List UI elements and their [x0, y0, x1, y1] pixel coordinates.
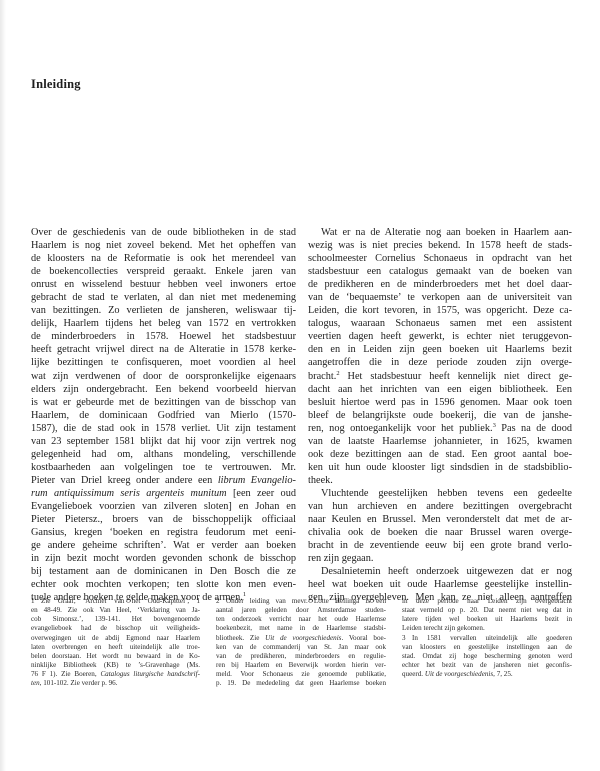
footnote-line: staat vermeld op p. 20. Dat neemt niet w…: [402, 606, 572, 615]
text-line: aangetroffen die in deze periode zouden …: [308, 356, 572, 369]
text-line: Wat er na de Alteratie nog aan boeken in…: [308, 226, 572, 239]
paragraph: Wat er na de Alteratie nog aan boeken in…: [308, 226, 572, 487]
footnote-line: boekenbezit, met name in de Haarlemse st…: [216, 624, 386, 633]
text-line: delijk, Haarlem tijdens het beleg van 15…: [31, 317, 296, 330]
text-line: ren, nog ontoegankelijk voor het publiek…: [308, 422, 572, 435]
page-edge-shadow: [0, 0, 6, 771]
footnote-line: ninklijke Bibliotheek (KB) te ’s-Gravenh…: [31, 661, 200, 670]
footnote-line: 3In 1581 vervallen uiteindelijk alle goe…: [402, 634, 572, 643]
text-line: rum antiquissimum seris argenteis munitu…: [31, 487, 296, 500]
text-line: gelegenheid had om, althans mondeling, v…: [31, 448, 296, 461]
footnote-line: 76 F 1). Zie Boeren, Catalogus liturgisc…: [31, 670, 200, 679]
text-line: ren zijn gegaan.: [308, 552, 572, 565]
text-line: Desalnietemin heeft onderzoek uitgewezen…: [308, 565, 572, 578]
body-column-left: Over de geschiedenis van de oude bibliot…: [31, 226, 296, 604]
latin-quote: librum Evangelio-: [218, 475, 296, 486]
footnote-line: van de predikheren, minderbroeders en re…: [216, 652, 386, 661]
text-line: echter ook mochten verkopen; ten slotte …: [31, 578, 296, 591]
body-column-right: Wat er na de Alteratie nog aan boeken in…: [308, 226, 572, 604]
text-line: heeft getracht vrijwel direct na de Alte…: [31, 343, 296, 356]
footnote-2-continued-and-3: in deze periode naar Leiden zijn overgeb…: [402, 597, 572, 679]
text-line: de boekencollecties verspreid geraakt. E…: [31, 265, 296, 278]
text-line: van de ‘bequaemste’ te verkopen aan de u…: [308, 291, 572, 304]
text-line: in zijn bezit mocht worden gevonden scho…: [31, 552, 296, 565]
text-line: stadsbestuur een catalogus gemaakt van d…: [308, 265, 572, 278]
text-line: is wat er gebeurde met de bezittingen va…: [31, 396, 296, 409]
text-line: Over de geschiedenis van de oude bibliot…: [31, 226, 296, 239]
text-line: naar Keulen en Brussel. Men veronderstel…: [308, 513, 572, 526]
text-line: talogus, waaraan Schonaeus samen met een…: [308, 317, 572, 330]
text-line: Vluchtende geestelijken hebben tevens ee…: [308, 487, 572, 500]
footnote-line: 2Onder leiding van mevr. Lotte Hellinga …: [216, 597, 386, 606]
footnote-line: ren bij Haarlem en Beverwijk worden hier…: [216, 661, 386, 670]
footnote-line: cob Simonsz.’, 139-141. Het bovengenoemd…: [31, 615, 200, 624]
footnote-line: 1Zie Graaf, ‘Archief van het Oud-Kapitte…: [31, 597, 200, 606]
footnote-line: aantal jaren geleden door Amsterdamse st…: [216, 606, 386, 615]
text-line: chivalia ook de boeken die naar Brussel …: [308, 526, 572, 539]
footnote-line: overwegingen uit de abdij Egmond naar Ha…: [31, 634, 200, 643]
text-line: van de laatste Haarlemse johannieter, in…: [308, 435, 572, 448]
text-line: van hun archieven en andere bezittingen …: [308, 500, 572, 513]
text-line: ge andere geheime schriften’. Wat er ver…: [31, 539, 296, 552]
text-line: kostbaarheden aan volgelingen toe te ver…: [31, 461, 296, 474]
text-line: veertien dagen heeft gewerkt, is echter …: [308, 330, 572, 343]
text-line: Pieter van Driel kreeg onder andere een …: [31, 474, 296, 487]
text-line: Haarlem is nog niet zoveel bekend. Met h…: [31, 239, 296, 252]
text-line: Gansius, kregen ‘boeken en registra feud…: [31, 526, 296, 539]
text-line: theek.: [308, 474, 572, 487]
text-line: ken uit hun oude klooster ligt sindsdien…: [308, 461, 572, 474]
text-line: de kloosters na de Reformatie is ook het…: [31, 252, 296, 265]
text-line: heel wat boeken uit oude Haarlemse geest…: [308, 578, 572, 591]
footnote-line: van kloosters en geestelijke instellinge…: [402, 643, 572, 652]
footnote-line: ken van de commanderij van St. Jan maar …: [216, 643, 386, 652]
text-line: elders zijn ondergebracht. Een bekend vo…: [31, 383, 296, 396]
paragraph: Over de geschiedenis van de oude bibliot…: [31, 226, 296, 604]
text-line: van 23 september 1581 blijkt dat hij voo…: [31, 435, 296, 448]
text-line: wezig was is niet precies bekend. In 157…: [308, 239, 572, 252]
footnote-1: 1Zie Graaf, ‘Archief van het Oud-Kapitte…: [31, 597, 200, 689]
text-line: bleef de belangrijkste oude boekerij, di…: [308, 409, 572, 422]
text-line: de minderbroeders in 1578. Hoewel het st…: [31, 330, 296, 343]
footnote-line: evangelieboek had de bisschop uit veilig…: [31, 624, 200, 633]
text-line: ook deze bezittingen aan de stad. Een gr…: [308, 448, 572, 461]
footnote-2: 2Onder leiding van mevr. Lotte Hellinga …: [216, 597, 386, 689]
text-line: gebracht de stad te verlaten, al dan nie…: [31, 291, 296, 304]
text-line: schoolmeester Cornelius Schonaeus in opd…: [308, 252, 572, 265]
text-line: lijke bezittingen te confisqueren, moet …: [31, 356, 296, 369]
text-line: bij testament aan de dominicanen in Den …: [31, 565, 296, 578]
footnote-line: meld. Voor Schonaeus zie genoemde publik…: [216, 670, 386, 679]
text-line: 1587), die de stad ook in 1578 verliet. …: [31, 422, 296, 435]
text-line: Leiden, die kort tevoren, in 1575, was o…: [308, 304, 572, 317]
footnote-line: bliotheek. Zie Uit de voorgeschiedenis. …: [216, 634, 386, 643]
footnote-number: 2: [216, 597, 226, 606]
footnote-line: stad. Omdat zij hoge bescherming genoten…: [402, 652, 572, 661]
footnote-line: Leiden terecht zijn gekomen.: [402, 624, 572, 633]
footnote-line: ten onderzoek verricht naar het oude Haa…: [216, 615, 386, 624]
footnote-line: echter het bezit van de jansheren niet g…: [402, 661, 572, 670]
footnote-line: p. 19. De mededeling dat geen Haarlemse …: [216, 679, 386, 688]
text-line: bracht in de zeventiende eeuw bij een gr…: [308, 539, 572, 552]
text-line: Evangelieboek voorzien van zilveren slot…: [31, 500, 296, 513]
footnote-line: laten overbrengen en heeft uiteindelijk …: [31, 643, 200, 652]
text-line: den en in Leiden zijn geen boeken uit Ha…: [308, 343, 572, 356]
text-line: bracht.2 Het stadsbestuur heeft kennelij…: [308, 370, 572, 383]
text-line: de predikheren en de minderbroeders met …: [308, 278, 572, 291]
text-line: besluit hiertoe werd pas in 1596 genomen…: [308, 396, 572, 409]
footnote-number: 3: [402, 634, 412, 643]
text-line: Pieter Pietersz., broers van de bisschop…: [31, 513, 296, 526]
footnote-number: 1: [31, 597, 41, 606]
paragraph: Vluchtende geestelijken hebben tevens ee…: [308, 487, 572, 565]
footnote-line: belen doorstaan. Het wordt nu bewaard in…: [31, 652, 200, 661]
text-line: wat zijn verdwenen of door de oorspronke…: [31, 370, 296, 383]
text-line: Haarlem, de dominicaan Godfried van Mier…: [31, 409, 296, 422]
footnote-line: en 48-49. Zie ook Van Heel, ‘Verklaring …: [31, 606, 200, 615]
text-line: van bezittingen. Zo verlieten de jansher…: [31, 304, 296, 317]
chapter-heading: Inleiding: [31, 77, 81, 92]
text-line: onrust en wisselend bestuur hebben veel …: [31, 278, 296, 291]
footnote-line: in deze periode naar Leiden zijn overgeb…: [402, 597, 572, 606]
text-line: dacht aan het inrichten van een eigen bi…: [308, 383, 572, 396]
footnote-line: latere tijden wel boeken uit Haarlems be…: [402, 615, 572, 624]
footnote-line: ten, 101-102. Zie verder p. 96.: [31, 679, 200, 688]
latin-quote: rum antiquissimum seris argenteis munitu…: [31, 488, 227, 499]
footnote-line: queerd. Uit de voorgeschiedenis, 7, 25.: [402, 670, 572, 679]
